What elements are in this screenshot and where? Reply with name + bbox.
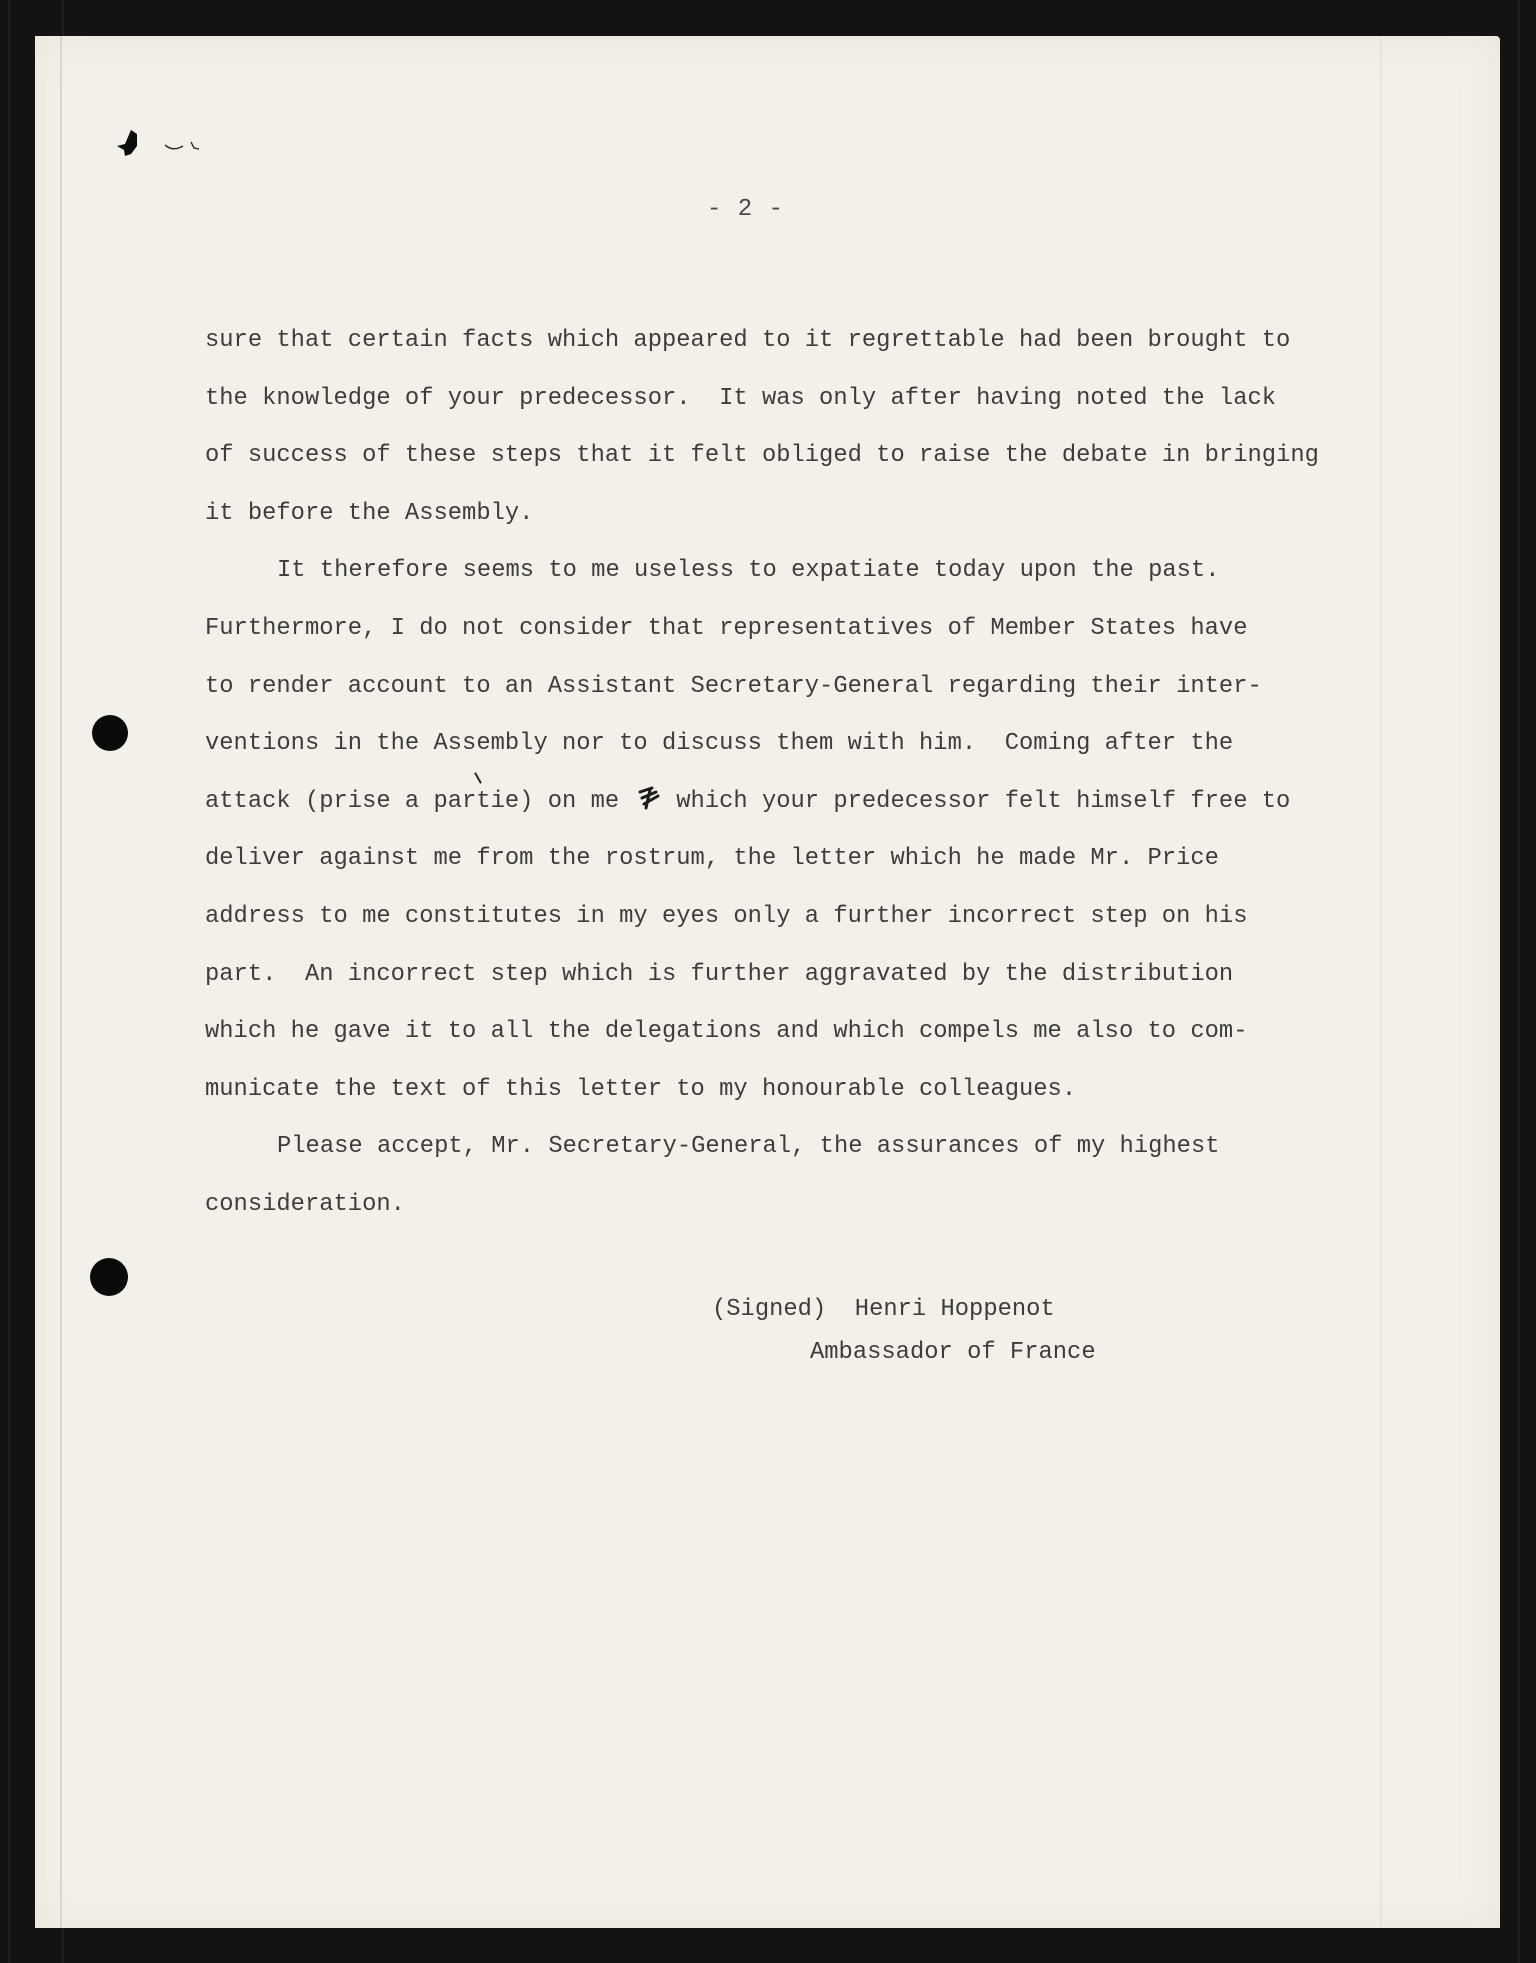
text-line: address to me constitutes in my eyes onl… bbox=[205, 888, 1319, 946]
text-line: It therefore seems to me useless to expa… bbox=[205, 542, 1319, 600]
text-line: to render account to an Assistant Secret… bbox=[205, 658, 1319, 716]
ink-speck-mark bbox=[163, 136, 203, 160]
text-line: of success of these steps that it felt o… bbox=[205, 427, 1319, 485]
fold-line bbox=[1380, 36, 1382, 1928]
text-line: Furthermore, I do not consider that repr… bbox=[205, 600, 1319, 658]
text-line: it before the Assembly. bbox=[205, 485, 1319, 543]
text-line: which he gave it to all the delegations … bbox=[205, 1003, 1319, 1061]
text-line: municate the text of this letter to my h… bbox=[205, 1061, 1319, 1119]
handwritten-scribble-mark bbox=[636, 784, 664, 810]
text-line: consideration. bbox=[205, 1176, 1319, 1234]
signatory-title: Ambassador of France bbox=[810, 1339, 1096, 1366]
punch-hole bbox=[90, 1258, 128, 1296]
text-line: deliver against me from the rostrum, the… bbox=[205, 830, 1319, 888]
text-line: sure that certain facts which appeared t… bbox=[205, 312, 1319, 370]
text-line: ventions in the Assembly nor to discuss … bbox=[205, 715, 1319, 773]
punch-hole bbox=[92, 715, 128, 751]
text-line: the knowledge of your predecessor. It wa… bbox=[205, 370, 1319, 428]
scan-streak bbox=[1518, 0, 1520, 1963]
ink-blot-mark bbox=[115, 124, 145, 160]
text-line: part. An incorrect step which is further… bbox=[205, 946, 1319, 1004]
text-line: Please accept, Mr. Secretary-General, th… bbox=[205, 1118, 1319, 1176]
text-line: attack (prise a partie) on me which your… bbox=[205, 773, 1319, 831]
letter-body: sure that certain facts which appeared t… bbox=[205, 312, 1319, 1234]
fold-line bbox=[60, 36, 62, 1928]
page-number: - 2 - bbox=[707, 196, 784, 223]
scan-streak bbox=[8, 0, 10, 1963]
signature-line: (Signed) Henri Hoppenot bbox=[712, 1296, 1055, 1323]
